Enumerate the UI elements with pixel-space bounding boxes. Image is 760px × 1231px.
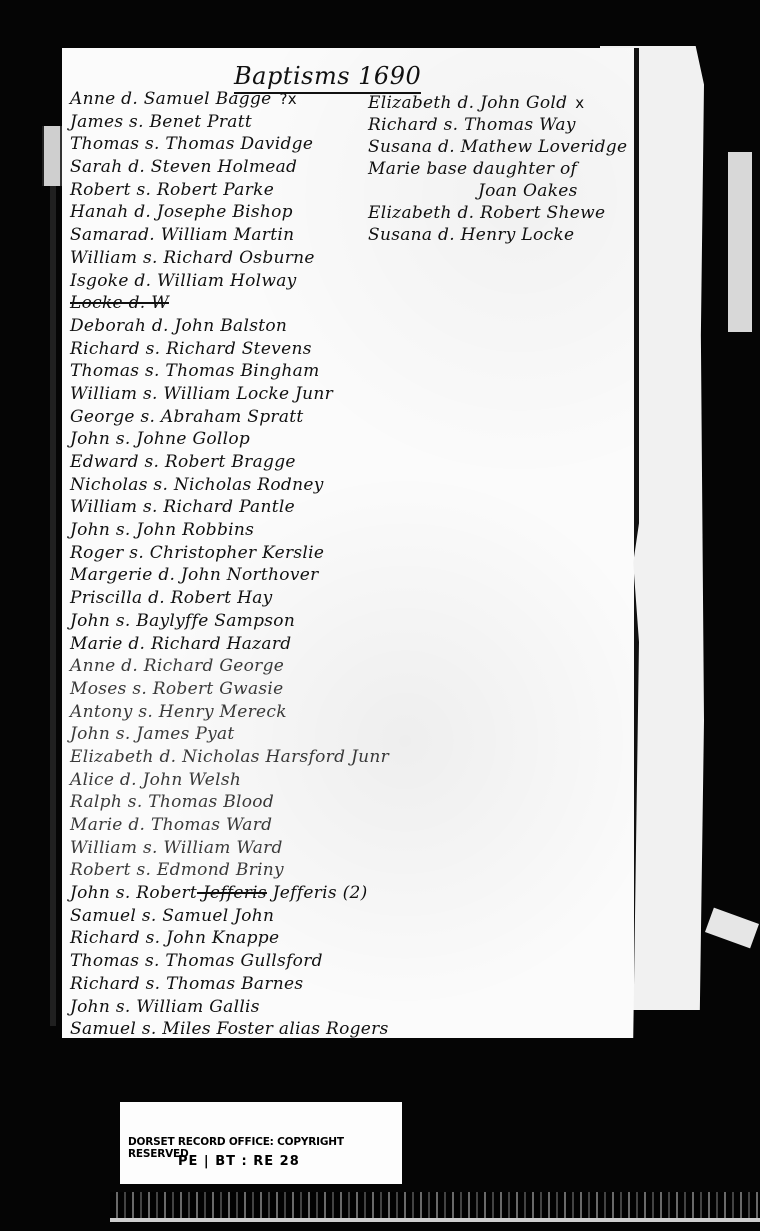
entry-text: Robert s. Edmond Briny: [70, 860, 284, 880]
baptism-entry: John s. James Pyat: [70, 723, 430, 746]
baptism-entry: Marie base daughter of: [368, 158, 628, 180]
entry-text: William s. William Ward: [70, 838, 283, 858]
baptism-entry: Deborah d. John Balston: [70, 315, 430, 338]
baptism-entry: Thomas s. Thomas Bingham: [70, 360, 430, 383]
baptism-entry: John s. William Gallis: [70, 996, 430, 1019]
entry-text: Alice d. John Welsh: [70, 770, 241, 790]
baptism-entry: William s. Richard Osburne: [70, 247, 430, 270]
entry-text: Locke d. W: [70, 293, 169, 313]
entry-text: Deborah d. John Balston: [70, 316, 287, 336]
baptism-entry: John s. John Robbins: [70, 519, 430, 542]
entry-text: Ralph s. Thomas Blood: [70, 792, 274, 812]
entry-text: Elizabeth d. Nicholas Harsford Junr: [70, 747, 389, 767]
baptism-entry: Alice d. John Welsh: [70, 769, 430, 792]
baptism-entry: Samuel s. Samuel John: [70, 905, 430, 928]
baptism-entry: Antony s. Henry Mereck: [70, 701, 430, 724]
entry-text: Richard s. Thomas Way: [368, 115, 576, 135]
baptism-entry: William s. William Locke Junr: [70, 383, 430, 406]
entry-text: Sarah d. Steven Holmead: [70, 157, 297, 177]
entry-text: Thomas s. Thomas Davidge: [70, 134, 313, 154]
baptism-entry: Richard s. Richard Stevens: [70, 338, 430, 361]
entry-text: William s. Richard Osburne: [70, 248, 315, 268]
margin-mark: ?x: [280, 90, 297, 108]
baptism-entry: Marie d. Thomas Ward: [70, 814, 430, 837]
correction-text: Jefferis (2): [267, 883, 368, 903]
binding-edge: [50, 186, 56, 1026]
entry-text: Susana d. Mathew Loveridge: [368, 137, 627, 157]
entry-text: Richard s. John Knappe: [70, 928, 279, 948]
baptism-entry: Susana d. Mathew Loveridge: [368, 136, 628, 158]
baptism-entry: Isgoke d. William Holway: [70, 270, 430, 293]
baptism-entry: Elizabeth d. Nicholas Harsford Junr: [70, 746, 430, 769]
binding-strip: [42, 126, 62, 186]
entry-text: Elizabeth d. John Gold: [368, 93, 567, 113]
entry-text: Richard s. Thomas Barnes: [70, 974, 303, 994]
entry-text: Thomas s. Thomas Bingham: [70, 361, 320, 381]
entry-text: Thomas s. Thomas Gullsford: [70, 951, 323, 971]
entry-text: Margerie d. John Northover: [70, 565, 319, 585]
entry-text: Marie d. Thomas Ward: [70, 815, 272, 835]
entry-text: Isgoke d. William Holway: [70, 271, 297, 291]
entry-text: Antony s. Henry Mereck: [70, 702, 287, 722]
entry-text: Robert s. Robert Parke: [70, 180, 274, 200]
baptism-entry: Joan Oakes: [368, 180, 628, 202]
entry-text: James s. Benet Pratt: [70, 112, 252, 132]
baptism-entry: Margerie d. John Northover: [70, 564, 430, 587]
entry-text: John s. Johne Gollop: [70, 429, 250, 449]
baptism-entry: John s. Robert Jefferis Jefferis (2): [70, 882, 430, 905]
entry-text: Samuel s. Miles Foster alias Rogers: [70, 1019, 389, 1039]
baptism-entry: William s. William Ward: [70, 837, 430, 860]
baptism-entry: Robert s. Edmond Briny: [70, 859, 430, 882]
underlying-page-strip: [728, 152, 752, 332]
baptism-entry: Elizabeth d. John Goldx: [368, 92, 628, 114]
baptism-entry: Anne d. Richard George: [70, 655, 430, 678]
record-office-label: DORSET RECORD OFFICE: COPYRIGHT RESERVED…: [120, 1102, 402, 1184]
baptism-entry: Richard s. Thomas Barnes: [70, 973, 430, 996]
baptism-entry: Richard s. Thomas Way: [368, 114, 628, 136]
baptism-entry: Roger s. Christopher Kerslie: [70, 542, 430, 565]
baptism-entry: Richard s. John Knappe: [70, 927, 430, 950]
entry-text: Richard s. Richard Stevens: [70, 339, 312, 359]
baptism-entry: Edward s. Robert Bragge: [70, 451, 430, 474]
entry-text: John s. Robert: [70, 883, 197, 903]
entry-text: John s. John Robbins: [70, 520, 254, 540]
baptism-entry: John s. Johne Gollop: [70, 428, 430, 451]
baptism-entry: William s. Richard Pantle: [70, 496, 430, 519]
struck-out-word: Jefferis: [197, 883, 267, 903]
entry-text: Edward s. Robert Bragge: [70, 452, 296, 472]
baptism-entry: Nicholas s. Nicholas Rodney: [70, 474, 430, 497]
entry-text: Priscilla d. Robert Hay: [70, 588, 273, 608]
entry-text: John s. Baylyffe Sampson: [70, 611, 295, 631]
baptism-entry: Marie d. Richard Hazard: [70, 633, 430, 656]
baptism-entry: John s. Baylyffe Sampson: [70, 610, 430, 633]
baptism-entry: Thomas s. Thomas Gullsford: [70, 950, 430, 973]
entry-text: Elizabeth d. Robert Shewe: [368, 203, 605, 223]
baptism-entry: Samuel s. Miles Foster alias Rogers: [70, 1018, 430, 1041]
entry-text: Hanah d. Josephe Bishop: [70, 202, 293, 222]
baptism-entry: Locke d. W: [70, 292, 430, 315]
entry-text: John s. James Pyat: [70, 724, 235, 744]
register-page: Baptisms 1690 Anne d. Samuel Bagge?xJame…: [62, 48, 639, 1038]
entry-text: Samuel s. Samuel John: [70, 906, 274, 926]
entry-text: Samarad. William Martin: [70, 225, 294, 245]
baptism-entry: Priscilla d. Robert Hay: [70, 587, 430, 610]
entry-text: John s. William Gallis: [70, 997, 260, 1017]
baptism-entry: George s. Abraham Spratt: [70, 406, 430, 429]
entry-text: Joan Oakes: [478, 181, 578, 201]
entry-text: Moses s. Robert Gwasie: [70, 679, 284, 699]
entry-text: Marie d. Richard Hazard: [70, 634, 291, 654]
entry-text: Nicholas s. Nicholas Rodney: [70, 475, 324, 495]
entry-text: William s. Richard Pantle: [70, 497, 295, 517]
entry-text: William s. William Locke Junr: [70, 384, 333, 404]
baptism-entry: Ralph s. Thomas Blood: [70, 791, 430, 814]
margin-mark: x: [575, 94, 584, 112]
entry-text: Anne d. Samuel Bagge: [70, 89, 272, 109]
entry-text: Anne d. Richard George: [70, 656, 284, 676]
entry-text: Marie base daughter of: [368, 159, 577, 179]
entry-text: Susana d. Henry Locke: [368, 225, 574, 245]
baptism-entry: Moses s. Robert Gwasie: [70, 678, 430, 701]
right-column-entries: Elizabeth d. John GoldxRichard s. Thomas…: [368, 92, 628, 246]
film-edge-line: [110, 1218, 760, 1222]
entry-text: George s. Abraham Spratt: [70, 407, 304, 427]
reference-number: PE | BT : RE 28: [178, 1154, 300, 1169]
entry-text: Roger s. Christopher Kerslie: [70, 543, 324, 563]
baptism-entry: Elizabeth d. Robert Shewe: [368, 202, 628, 224]
baptism-entry: Susana d. Henry Locke: [368, 224, 628, 246]
